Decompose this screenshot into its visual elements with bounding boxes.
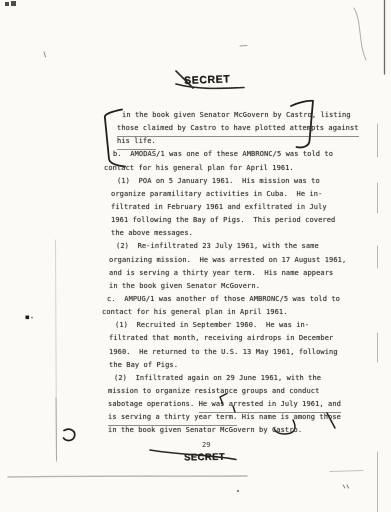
text-run: (1) Recruited in September 1960. He was … — [115, 319, 309, 332]
text-line: those claimed by Castro to have plotted … — [0, 122, 391, 135]
margin-dash — [240, 46, 247, 47]
secret-stamp-bottom: SECRET — [184, 452, 225, 464]
secret-stamp-bottom-label: SECRET — [184, 452, 225, 464]
text-run: in the book given Senator McGovern by Ca… — [108, 424, 302, 437]
secret-stamp-top: SECRET — [184, 73, 231, 87]
text-line: filtrated in February 1961 and exfiltrat… — [0, 201, 391, 214]
text-line: 1961 following the Bay of Pigs. This per… — [0, 214, 391, 227]
text-run: organizing mission. He was arrested on 1… — [109, 254, 346, 267]
scanned-document-page: SECRET 29 SECRET in the book given Senat… — [0, 0, 391, 512]
bottom-right-ticks — [343, 485, 349, 488]
text-run: organize paramilitary activities in Cuba… — [111, 188, 322, 201]
text-run: filtrated that month, receiving airdrops… — [109, 332, 333, 345]
text-line: filtrated that month, receiving airdrops… — [0, 332, 391, 345]
text-line: (1) Recruited in September 1960. He was … — [0, 319, 391, 332]
secret-stamp-top-label: SECRET — [184, 73, 231, 87]
text-run: (2) Infiltrated again on 29 June 1961, w… — [114, 372, 321, 385]
text-line: is serving a thirty year term. His name … — [0, 411, 391, 424]
text-run: (1) POA on 5 January 1961. His mission w… — [117, 175, 320, 188]
text-line: 1960. He returned to the U.S. 13 May 196… — [0, 346, 391, 359]
text-run: His name is among those — [237, 411, 341, 424]
page-number: 29 — [202, 441, 210, 449]
text-run: and is serving a thirty year term. His n… — [109, 267, 333, 280]
text-line: in the book given Senator McGovern. — [0, 280, 391, 293]
text-line: (2) Re-infiltrated 23 July 1961, with th… — [0, 240, 391, 253]
bottom-fold-short — [330, 471, 363, 472]
bottom-fold-line — [8, 476, 247, 477]
text-line: in the book given Senator McGovern by Ca… — [0, 424, 391, 437]
text-line: sabotage operations. He was arrested in … — [0, 398, 391, 411]
text-line: (2) Infiltrated again on 29 June 1961, w… — [0, 372, 391, 385]
text-run: the Bay of Pigs. — [109, 359, 178, 372]
text-run: contact for his general plan in April 19… — [102, 306, 288, 319]
text-line: organizing mission. He was arrested on 1… — [0, 254, 391, 267]
text-run: mission to organize resistance groups an… — [108, 385, 319, 398]
text-line: contact for his general plan in April 19… — [0, 306, 391, 319]
text-run: sabotage operations. — [108, 398, 199, 411]
text-run: c. AMPUG/1 was another of those AMBRONC/… — [107, 293, 340, 306]
text-line: organize paramilitary activities in Cuba… — [0, 188, 391, 201]
text-line: in the book given Senator McGovern by Ca… — [0, 109, 391, 122]
text-run: 1961 following the Bay of Pigs. This per… — [111, 214, 335, 227]
text-run: filtrated in February 1961 and exfiltrat… — [111, 201, 327, 214]
text-run: contact for his general plan for April 1… — [104, 162, 294, 175]
text-line: his life. — [0, 135, 391, 148]
text-line: the above messages. — [0, 227, 391, 240]
text-line: mission to organize resistance groups an… — [0, 385, 391, 398]
margin-tick — [44, 52, 46, 57]
edge-curve-artifact — [354, 8, 366, 60]
text-line: and is serving a thirty year term. His n… — [0, 267, 391, 280]
bottom-speck — [237, 490, 239, 492]
text-line: c. AMPUG/1 was another of those AMBRONC/… — [0, 293, 391, 306]
text-line: the Bay of Pigs. — [0, 359, 391, 372]
text-line: contact for his general plan for April 1… — [0, 162, 391, 175]
text-line: (1) POA on 5 January 1961. His mission w… — [0, 175, 391, 188]
document-body: in the book given Senator McGovern by Ca… — [0, 109, 391, 438]
text-line: b. AMODAS/1 was one of these AMBRONC/5 w… — [0, 148, 391, 161]
text-run: b. AMODAS/1 was one of these AMBRONC/5 w… — [113, 148, 333, 161]
text-run: in the book given Senator McGovern. — [109, 280, 260, 293]
text-run: 1960. He returned to the U.S. 13 May 196… — [109, 346, 338, 359]
text-run: the above messages. — [111, 227, 193, 240]
text-run: (2) Re-infiltrated 23 July 1961, with th… — [116, 240, 319, 253]
text-run: in the book given Senator McGovern by Ca… — [122, 109, 351, 122]
corner-blot — [5, 1, 16, 6]
